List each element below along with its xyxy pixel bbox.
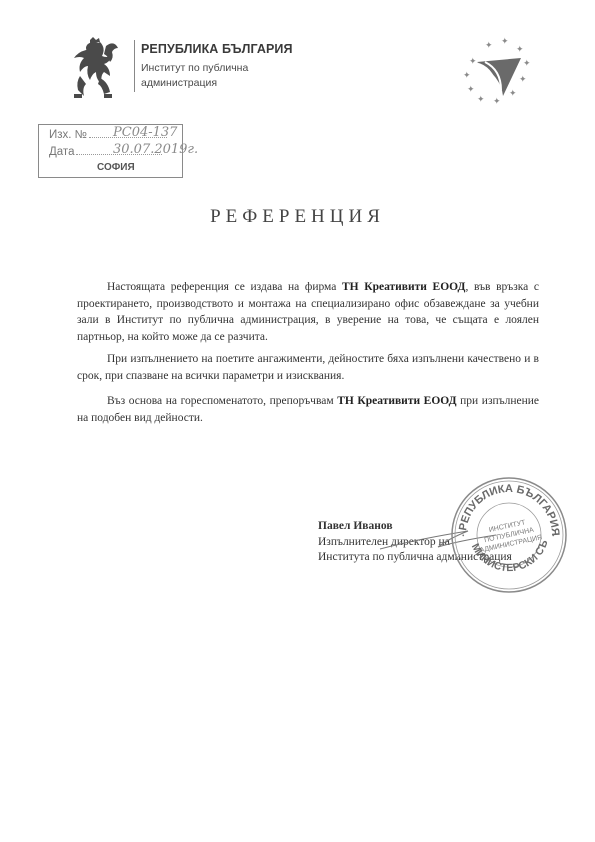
paragraph-1: Настоящата референция се издава на фирма… — [77, 279, 539, 345]
svg-text:✦: ✦ — [485, 40, 493, 50]
institution-line-2: администрация — [141, 76, 261, 91]
institution-line-1: Институт по публична — [141, 61, 261, 76]
company-name: ТН Креативити ЕООД — [342, 281, 465, 293]
company-name: ТН Креативити ЕООД — [337, 395, 456, 407]
svg-text:•: • — [462, 532, 465, 540]
svg-text:✦: ✦ — [523, 58, 531, 68]
document-title: РЕФЕРЕНЦИЯ — [0, 206, 595, 228]
para-1-text: Настоящата референция се издава на фирма — [107, 281, 342, 293]
svg-text:✦: ✦ — [493, 96, 501, 106]
paragraph-2: При изпълнението на поетите ангажименти,… — [77, 351, 539, 384]
reg-date-label: Дата — [49, 146, 74, 158]
reg-date-value: 30.07.2019г. — [113, 142, 198, 157]
para-2-text: При изпълнението на поетите ангажименти,… — [77, 353, 539, 382]
svg-text:✦: ✦ — [477, 94, 485, 104]
paragraph-3: Въз основа на гореспоменатото, препоръчв… — [77, 393, 539, 426]
svg-text:✦: ✦ — [516, 44, 524, 54]
svg-text:✦: ✦ — [509, 88, 517, 98]
reg-number-value: РС04-137 — [113, 125, 177, 140]
svg-text:✦: ✦ — [469, 56, 477, 66]
header-divider — [134, 40, 135, 92]
institution-name: Институт по публична администрация — [141, 61, 261, 91]
para-3-text: Въз основа на гореспоменатото, препоръчв… — [107, 395, 337, 407]
svg-text:✦: ✦ — [519, 74, 527, 84]
registration-stamp: Изх. № РС04-137 Дата 30.07.2019г. СОФИЯ — [38, 124, 183, 178]
reg-city: СОФИЯ — [97, 162, 135, 173]
eu-stars-logo-icon: ✦ ✦ ✦ ✦ ✦ ✦ ✦ ✦ ✦ ✦ ✦ — [455, 30, 555, 120]
lion-coat-of-arms-icon — [66, 36, 122, 100]
country-name: РЕПУБЛИКА БЪЛГАРИЯ — [141, 42, 293, 56]
official-seal-icon: РЕПУБЛИКА БЪЛГАРИЯ МИНИСТЕРСКИ СЪВЕТ ИНС… — [448, 474, 570, 596]
svg-text:✦: ✦ — [463, 70, 471, 80]
reg-number-label: Изх. № — [49, 129, 87, 141]
svg-text:✦: ✦ — [467, 84, 475, 94]
svg-text:✦: ✦ — [501, 36, 509, 46]
